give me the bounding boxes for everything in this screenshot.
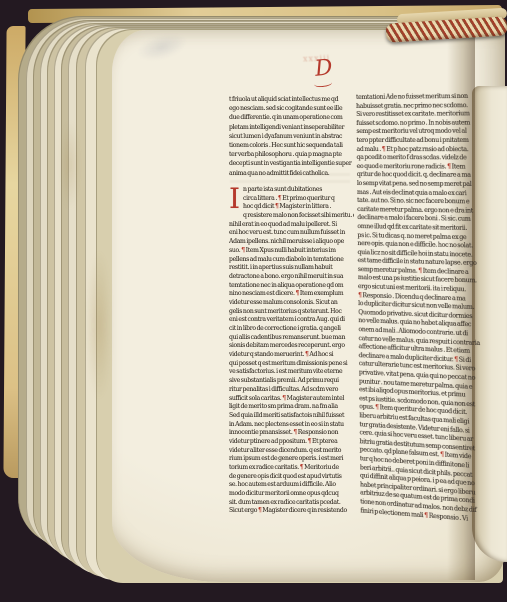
pilcrow-rubric: ¶ xyxy=(375,404,379,411)
text-line: Sicut ergo ¶ Magister dicere q in resist… xyxy=(229,507,354,516)
text-line: suo. ¶ Item Xpus nulli habuit interius i… xyxy=(229,247,354,256)
pilcrow-rubric: ¶ xyxy=(300,464,304,471)
text-line: se. hoc autem est arduum i difficile. Al… xyxy=(229,481,354,490)
text-line: tionem coloris . Hec sunt hic sequenda t… xyxy=(229,141,354,150)
text-line: ter verba philosophoru . quia p magna pt… xyxy=(229,150,354,159)
right-column-text: temtationi Ade no fuisset meritum si non… xyxy=(356,93,492,526)
text-line: gelis non sunt meritorius q steterunt. H… xyxy=(229,308,354,317)
pilcrow-rubric: ¶ xyxy=(293,429,297,436)
photograph-of-open-incunabulum: xxxiii D t friuola ut aliquid sciat inte… xyxy=(0,0,507,602)
text-line: sicut lumen i dyafanum veniunt in abstra… xyxy=(229,132,354,141)
text-line: restitit. i in apertius suis nullam habu… xyxy=(229,264,354,273)
text-line: cit in libro de correctione i gratia. q … xyxy=(229,325,354,334)
text-line: t friuola ut aliquid sciat intellectus m… xyxy=(229,95,354,104)
pilcrow-rubric: ¶ xyxy=(454,356,458,363)
pilcrow-rubric: ¶ xyxy=(282,395,286,402)
text-line: sionis debitam mercedes receperunt. ergo xyxy=(229,342,354,351)
text-line: decepti sunt in vestigantia intelligenti… xyxy=(229,159,354,168)
pilcrow-rubric: ¶ xyxy=(308,438,312,445)
text-line: q resistere malo non fecisset sibi merit… xyxy=(243,212,354,221)
pilcrow-rubric: ¶ xyxy=(305,351,309,358)
pilcrow-rubric: ¶ xyxy=(278,195,282,202)
pilcrow-rubric: ¶ xyxy=(358,292,362,299)
text-line: n parte ista sunt dubitationes xyxy=(243,186,354,195)
text-line: due differentie. q in unam operatione co… xyxy=(229,113,354,122)
page-stain xyxy=(60,120,80,210)
pilcrow-rubric: ¶ xyxy=(424,512,428,519)
text-line: qa pcedit o merito f dras scdas. videlz … xyxy=(357,154,488,163)
rubricated-initial-I: I xyxy=(229,187,241,213)
text-line: ad malu . ¶ Et p hoc patz rnsio ad obiec… xyxy=(357,146,488,155)
left-column-first-paragraph: t friuola ut aliquid sciat intellectus m… xyxy=(229,95,354,178)
pilcrow-rubric: ¶ xyxy=(382,146,386,153)
text-line: ve satisfactorius. i est meritum vite et… xyxy=(229,368,354,377)
paragraph-lines: q resistere malo non fecisset sibi merit… xyxy=(229,212,354,516)
page-stain xyxy=(86,250,112,400)
text-line: sit. dum tamen ex radice caritatis pceda… xyxy=(229,499,354,508)
pilcrow-rubric: ¶ xyxy=(418,267,422,274)
text-line: anima qua no admittit fidei catholica. xyxy=(229,169,354,178)
text-line: circa littera . ¶ Et primo queritur q xyxy=(243,195,354,204)
text-line: detractone a bono. ergo nihil meruit in … xyxy=(229,273,354,282)
text-line: tero ppter difficultate ad bonu i pnitat… xyxy=(356,137,487,146)
quire-letter-rubric: D xyxy=(314,57,334,81)
text-line: torium ex radice caritatis. ¶ Meritoriu … xyxy=(229,464,354,473)
initial-indented-lines: n parte ista sunt dubitationescirca litt… xyxy=(229,186,354,212)
text-line: qui aliis cadentibus remanserunt. bue ma… xyxy=(229,334,354,343)
text-line: Adam ipellens. nichil meruisse i aliquo … xyxy=(229,238,354,247)
text-line: hoc qd dicit ¶ Magister in littera . xyxy=(243,203,354,212)
text-line: ego nesciam. sed sic cogitande sunt ee i… xyxy=(229,104,354,113)
pilcrow-rubric: ¶ xyxy=(295,290,299,297)
pilcrow-rubric: ¶ xyxy=(440,452,444,459)
text-line: innocentie pmansisset. ¶ Responsio non xyxy=(229,429,354,438)
text-line: ritur penalitas i difficultas. Ad scdm v… xyxy=(229,386,354,395)
text-line: qui posset q est meritum dimissionis pen… xyxy=(229,360,354,369)
pilcrow-rubric: ¶ xyxy=(275,203,279,210)
text-line: eni est contra veritatem i contra Aug. q… xyxy=(229,316,354,325)
text-line: pletam intelligendi veniant inseperabili… xyxy=(229,123,354,132)
text-line: fuisset scdomo. no primo . In nobis aute… xyxy=(356,119,487,128)
pilcrow-rubric: ¶ xyxy=(258,507,262,514)
text-line: nihil erat in eo quod ad malu ipelleret.… xyxy=(229,221,354,230)
text-line: ligit de merito sm prima dram. na fm ali… xyxy=(229,403,354,412)
pilcrow-rubric: ¶ xyxy=(241,247,245,254)
text-line: nino nesciam est dicere. ¶ Item exemplum xyxy=(229,290,354,299)
text-line: modo dicitur meritorii omne opus qdcuq xyxy=(229,490,354,499)
text-line: rium ipsum est de genere operis. i est m… xyxy=(229,455,354,464)
pilcrow-rubric: ¶ xyxy=(447,163,451,170)
left-column-second-paragraph: I n parte ista sunt dubitationescirca li… xyxy=(229,186,354,516)
text-line: videtur ptinere ad ppositum. ¶ Et pterea xyxy=(229,438,354,447)
text-line: Si vero restitisset ex caritate. meritor… xyxy=(356,110,487,120)
text-line: videtur esse malum consolonis. Sicut an xyxy=(229,299,354,308)
text-line: in Adam. nec plectens esset in eo si in … xyxy=(229,421,354,430)
text-line: temtatione nec in aliqua operatione qd o… xyxy=(229,282,354,291)
text-line: Sed quia illd meriti satisfactois nihil … xyxy=(229,412,354,421)
text-line: sive substantialis premii. Ad primu requ… xyxy=(229,377,354,386)
text-line: videtur q stando meruerint. ¶ Ad hoc si xyxy=(229,351,354,360)
text-line: semp est meritoriu vel utroq modo vel al xyxy=(356,128,487,137)
text-line: videtur aliter esse dicendum. q est meri… xyxy=(229,447,354,456)
text-line: eni hoc veru est. tunc cum nullum fuisse… xyxy=(229,229,354,238)
text-line: sufficit sola caritas. ¶ Magister autem … xyxy=(229,395,354,404)
text-line: pellens ad malu cum diabolo in temtation… xyxy=(229,256,354,265)
text-line: de genere opis dicit quod est apud virtu… xyxy=(229,473,354,482)
